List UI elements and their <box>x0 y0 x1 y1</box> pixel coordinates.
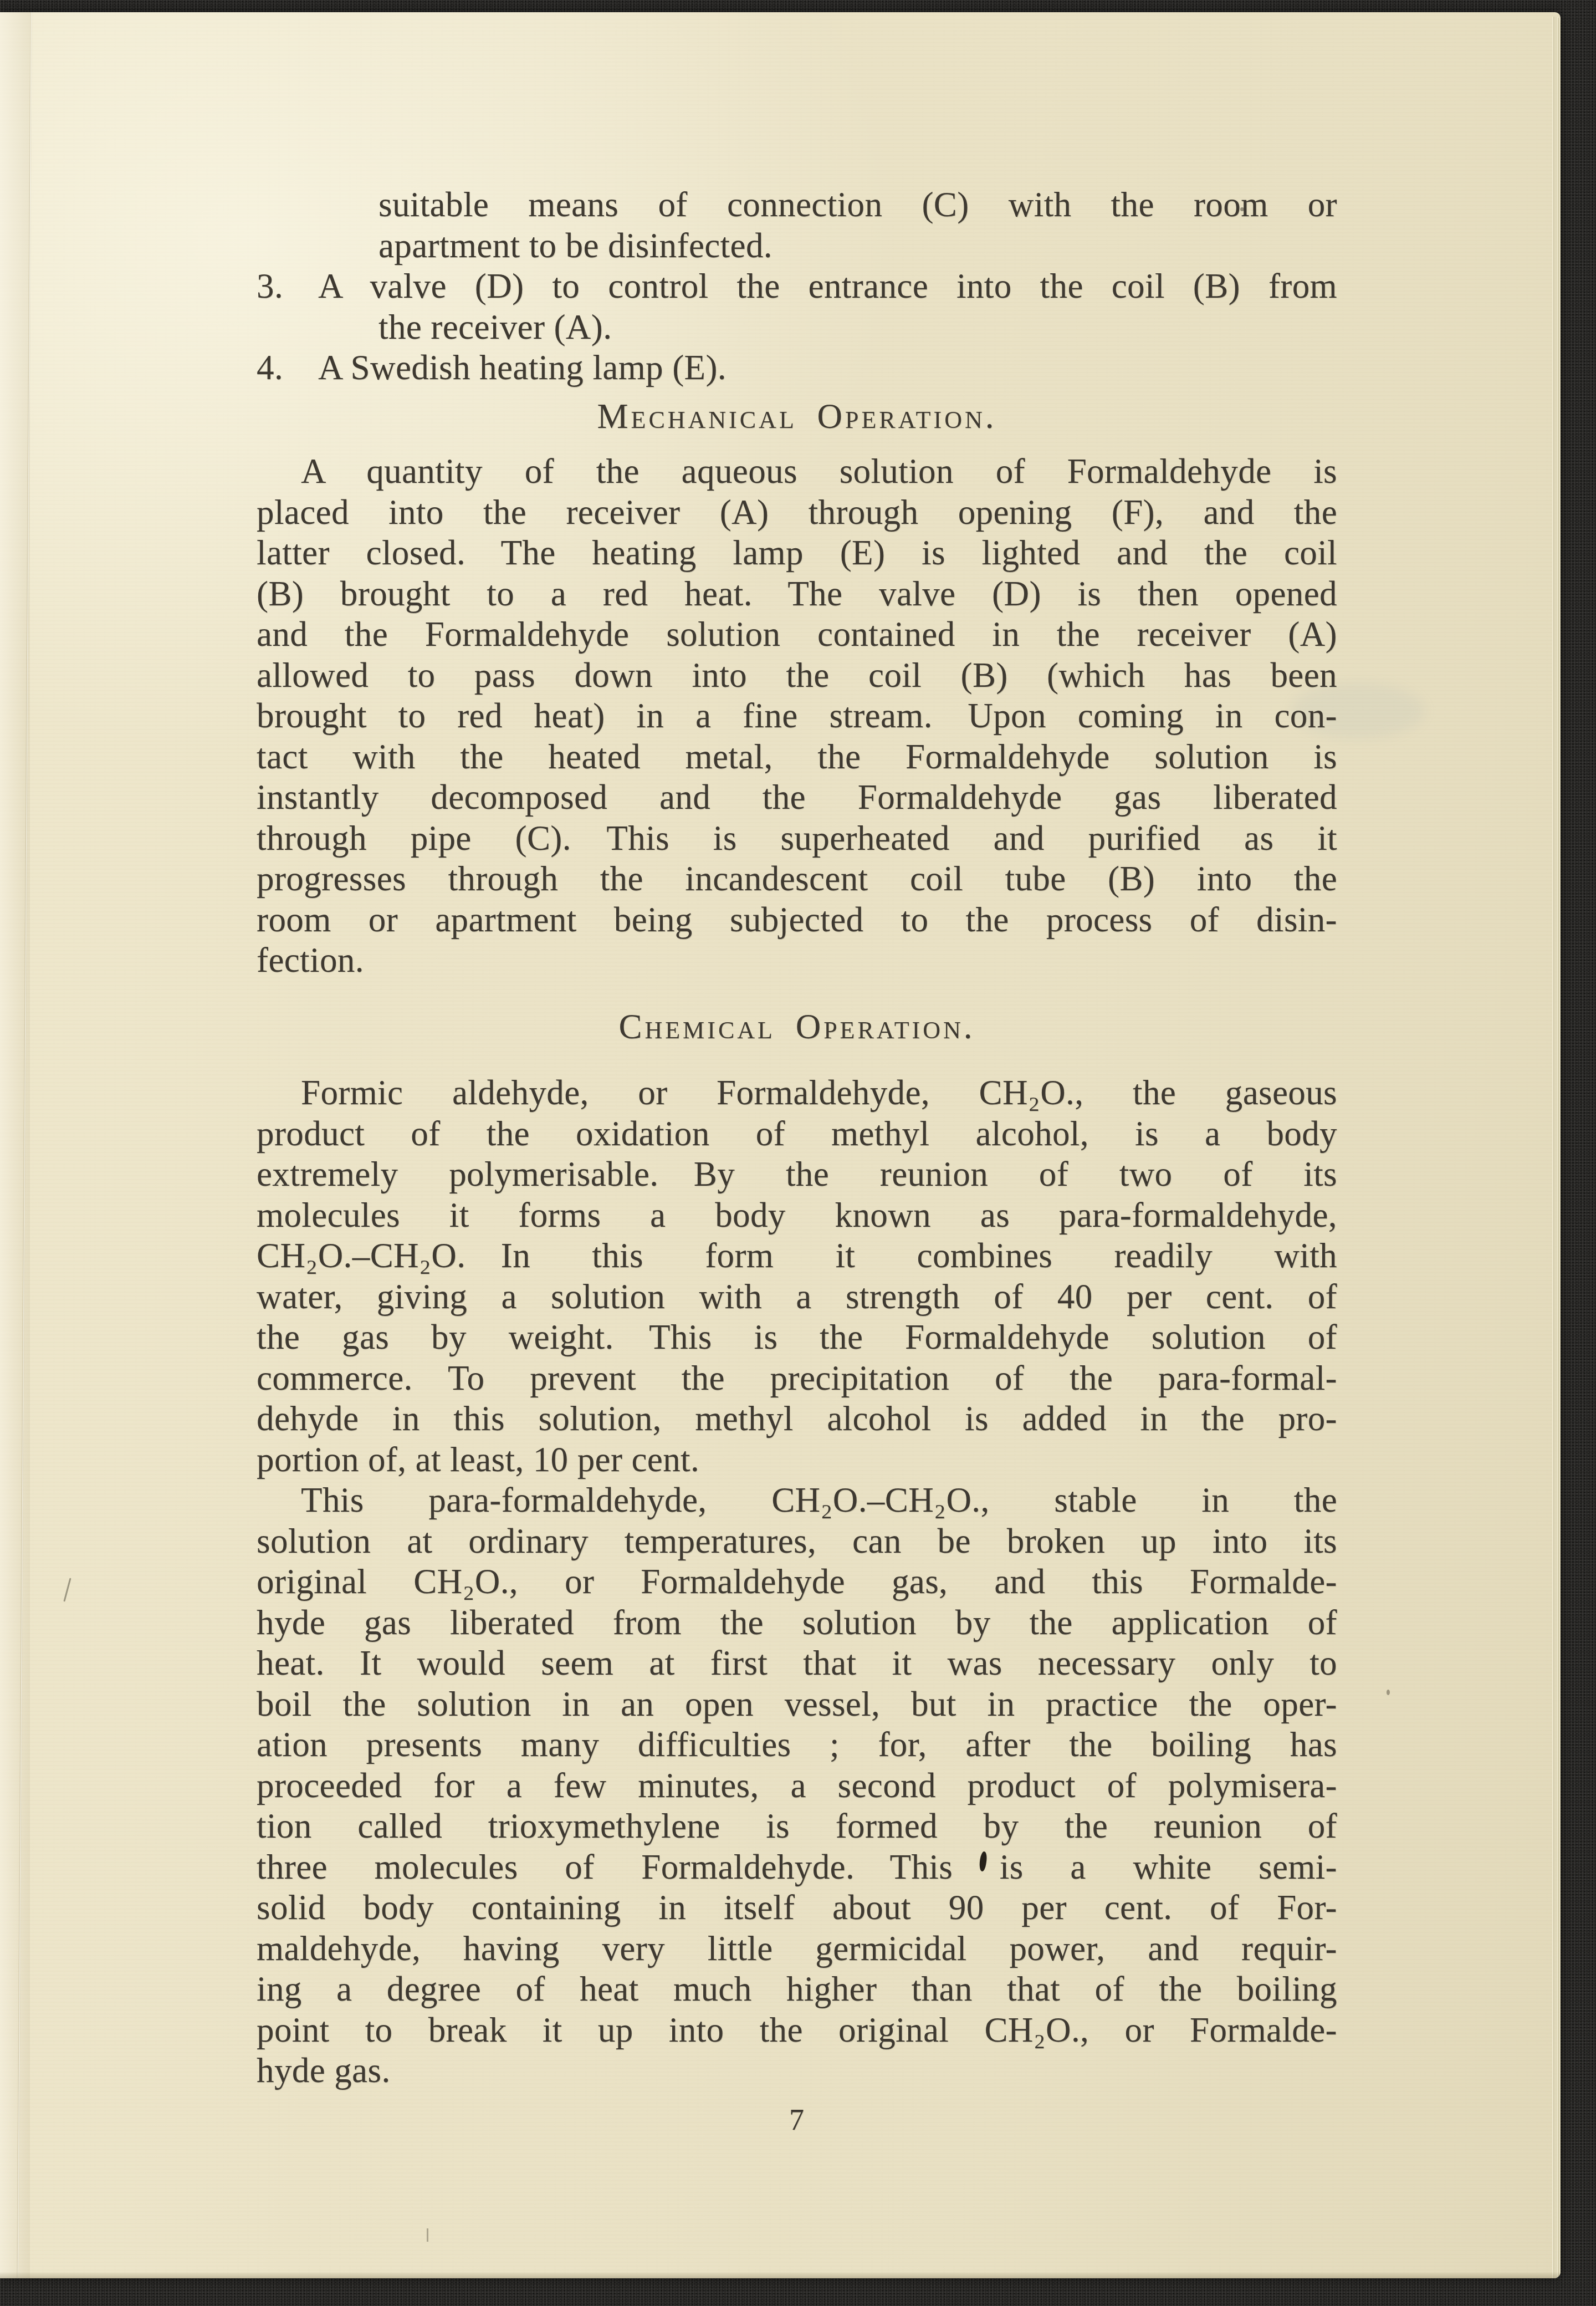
text-line: apartment to be disinfected. <box>257 226 1337 267</box>
text-line: heat. It would seem at first that it was… <box>257 1643 1337 1684</box>
pencil-mark <box>63 1578 71 1601</box>
photo-of-book: { "content": { "item2_continuation": [ "… <box>0 0 1596 2306</box>
text-line: solid body containing in itself about 90… <box>257 1887 1337 1929</box>
page-number: 7 <box>257 2100 1337 2139</box>
book-page: suitable means of connection (C) with th… <box>0 12 1561 2278</box>
text-line: A Swedish heating lamp (E). <box>318 348 1337 389</box>
text-line: Formic aldehyde, or Formaldehyde, CH₂O.,… <box>257 1073 1337 1114</box>
text-line: the receiver (A). <box>257 307 1337 348</box>
text-line: placed into the receiver (A) through ope… <box>257 492 1337 533</box>
paper-speck <box>427 2228 428 2242</box>
text-line: A valve (D) to control the entrance into… <box>318 266 1337 307</box>
list-item-3: 3. A valve (D) to control the entrance i… <box>257 266 1337 307</box>
list-item-4: 4. A Swedish heating lamp (E). <box>257 348 1337 389</box>
text-line: suitable means of connection (C) with th… <box>257 185 1337 226</box>
text-line: progresses through the incandescent coil… <box>257 859 1337 900</box>
text-line: ing a degree of heat much higher than th… <box>257 1969 1337 2010</box>
text-line: tact with the heated metal, the Formalde… <box>257 737 1337 778</box>
section-heading-mechanical-operation: Mechanical Operation. <box>257 396 1337 437</box>
text-line: A quantity of the aqueous solution of Fo… <box>257 451 1337 492</box>
list-item-number: 3. <box>257 266 283 307</box>
text-line: water, giving a solution with a strength… <box>257 1277 1337 1318</box>
text-line: point to break it up into the original C… <box>257 2010 1337 2051</box>
text-line: molecules it forms a body known as para-… <box>257 1195 1337 1236</box>
paragraph-mechanical-operation: A quantity of the aqueous solution of Fo… <box>257 451 1337 981</box>
text-line: commerce. To prevent the precipitation o… <box>257 1358 1337 1399</box>
text-line: extremely polymerisable. By the reunion … <box>257 1154 1337 1195</box>
text-line: tion called trioxymethylene is formed by… <box>257 1806 1337 1847</box>
text-line: the gas by weight. This is the Formaldeh… <box>257 1317 1337 1358</box>
text-line: (B) brought to a red heat. The valve (D)… <box>257 574 1337 615</box>
section-heading-chemical-operation: Chemical Operation. <box>257 1007 1337 1048</box>
page-content: suitable means of connection (C) with th… <box>257 185 1337 2139</box>
page-edge-stack <box>1552 17 1561 2278</box>
text-line: proceeded for a few minutes, a second pr… <box>257 1766 1337 1807</box>
text-line: brought to red heat) in a fine stream. U… <box>257 696 1337 737</box>
text-line: instantly decomposed and the Formaldehyd… <box>257 777 1337 818</box>
text-line: CH₂O.–CH₂O. In this form it combines rea… <box>257 1236 1337 1277</box>
text-line: room or apartment being subjected to the… <box>257 900 1337 941</box>
text-line: hyde gas liberated from the solution by … <box>257 1603 1337 1644</box>
text-line: original CH₂O., or Formaldehyde gas, and… <box>257 1562 1337 1603</box>
text-line: allowed to pass down into the coil (B) (… <box>257 655 1337 696</box>
text-line: through pipe (C). This is superheated an… <box>257 818 1337 859</box>
text-line: maldehyde, having very little germicidal… <box>257 1929 1337 1970</box>
text-line: latter closed. The heating lamp (E) is l… <box>257 533 1337 574</box>
text-line: solution at ordinary temperatures, can b… <box>257 1521 1337 1562</box>
text-line: three molecules of Formaldehyde. This is… <box>257 1847 1337 1888</box>
text-line: fection. <box>257 940 1337 981</box>
text-line: product of the oxidation of methyl alcoh… <box>257 1114 1337 1155</box>
page-gutter-shading <box>0 12 30 2278</box>
paragraph-chemical-operation-2: This para-formaldehyde, CH₂O.–CH₂O., sta… <box>257 1480 1337 2091</box>
text-line: portion of, at least, 10 per cent. <box>257 1440 1337 1481</box>
text-line: boil the solution in an open vessel, but… <box>257 1684 1337 1725</box>
text-line: dehyde in this solution, methyl alcohol … <box>257 1399 1337 1440</box>
paragraph-chemical-operation-1: Formic aldehyde, or Formaldehyde, CH₂O.,… <box>257 1073 1337 1480</box>
text-line: and the Formaldehyde solution contained … <box>257 614 1337 655</box>
text-line: ation presents many difficulties ; for, … <box>257 1725 1337 1766</box>
text-line: hyde gas. <box>257 2050 1337 2091</box>
text-line: This para-formaldehyde, CH₂O.–CH₂O., sta… <box>257 1480 1337 1521</box>
list-item-number: 4. <box>257 348 283 389</box>
paper-speck <box>1387 1690 1390 1695</box>
